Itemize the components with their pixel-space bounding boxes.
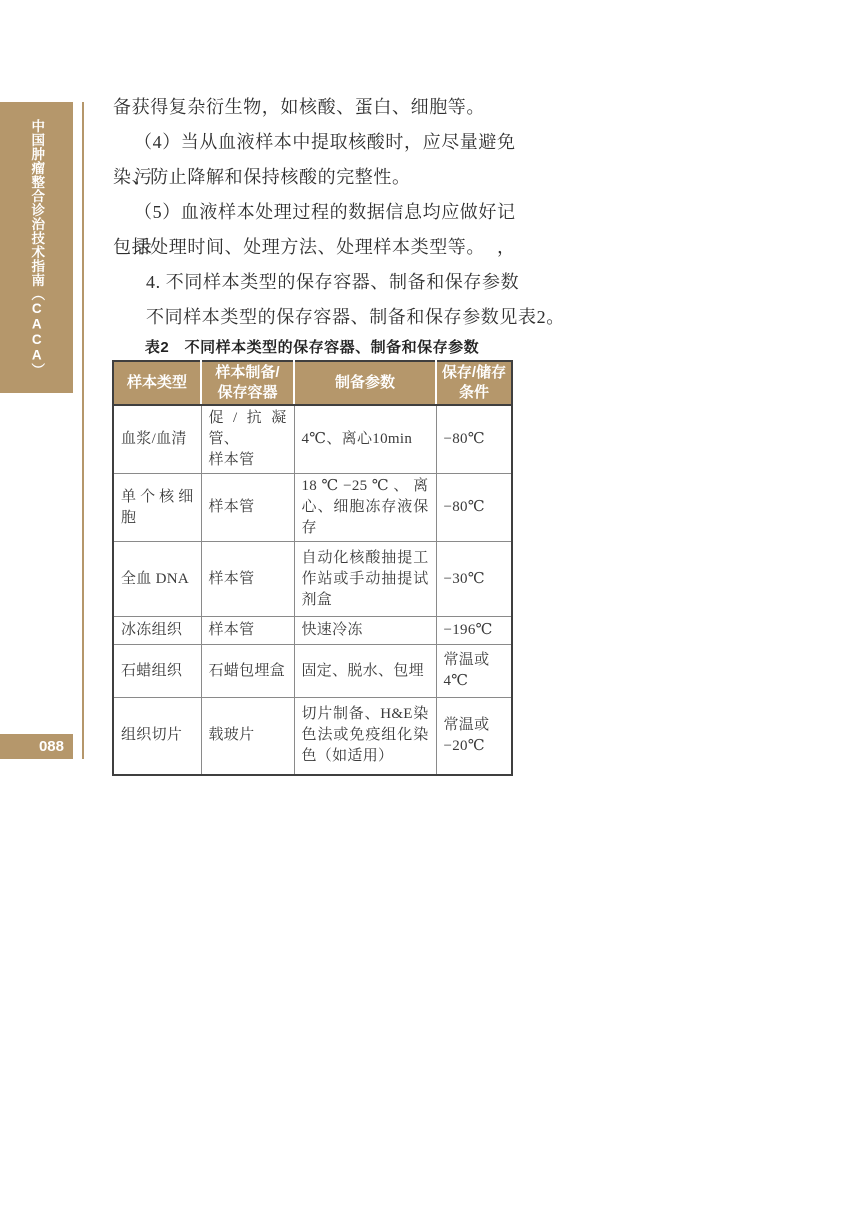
body-line: （4）当从血液样本中提取核酸时，应尽量避免污	[113, 125, 515, 160]
table-cell: 快速冷冻	[294, 617, 436, 645]
table-cell: 固定、脱水、包埋	[294, 645, 436, 698]
body-text: 备获得复杂衍生物，如核酸、蛋白、细胞等。 （4）当从血液样本中提取核酸时，应尽量…	[113, 90, 515, 335]
body-line: （5）血液样本处理过程的数据信息均应做好记录，	[113, 195, 515, 230]
table-cell: −196℃	[436, 617, 512, 645]
table-cell: 血浆/血清	[113, 405, 201, 474]
table-cell: 18℃−25℃、离心、细胞冻存液保存	[294, 474, 436, 542]
table-cell: 单个核细胞	[113, 474, 201, 542]
table-caption: 表2 不同样本类型的保存容器、制备和保存参数	[113, 336, 511, 357]
sidebar-band: 中国肿瘤整合诊治技术指南（CACA）	[0, 102, 73, 393]
header-cell: 样本类型	[113, 361, 201, 405]
book-title-vertical: 中国肿瘤整合诊治技术指南（CACA）	[30, 119, 44, 377]
document-page: 中国肿瘤整合诊治技术指南（CACA） 088 备获得复杂衍生物，如核酸、蛋白、细…	[0, 0, 867, 1218]
table-cell: 促/抗凝管、 样本管	[201, 405, 294, 474]
table-cell: 样本管	[201, 542, 294, 617]
body-line: 包括处理时间、处理方法、处理样本类型等。	[113, 230, 515, 265]
table-row: 全血 DNA 样本管 自动化核酸抽提工作站或手动抽提试剂盒 −30℃	[113, 542, 512, 617]
table-cell: 常温或 4℃	[436, 645, 512, 698]
table-row: 血浆/血清 促/抗凝管、 样本管 4℃、离心10min −80℃	[113, 405, 512, 474]
table-cell: 样本管	[201, 617, 294, 645]
table-cell: 组织切片	[113, 698, 201, 775]
table-row: 冰冻组织 样本管 快速冷冻 −196℃	[113, 617, 512, 645]
body-line: 染、防止降解和保持核酸的完整性。	[113, 160, 515, 195]
table-cell: 自动化核酸抽提工作站或手动抽提试剂盒	[294, 542, 436, 617]
table-row: 单个核细胞 样本管 18℃−25℃、离心、细胞冻存液保存 −80℃	[113, 474, 512, 542]
table-row: 组织切片 载玻片 切片制备、H&E染色法或免疫组化染色（如适用） 常温或 −20…	[113, 698, 512, 775]
body-line: 备获得复杂衍生物，如核酸、蛋白、细胞等。	[113, 90, 515, 125]
table-row: 石蜡组织 石蜡包埋盒 固定、脱水、包埋 常温或 4℃	[113, 645, 512, 698]
header-cell: 样本制备/ 保存容器	[201, 361, 294, 405]
table-cell: 常温或 −20℃	[436, 698, 512, 775]
header-cell: 制备参数	[294, 361, 436, 405]
header-cell: 保存/储存 条件	[436, 361, 512, 405]
vertical-rule	[82, 102, 84, 759]
page-number-badge: 088	[0, 734, 73, 759]
sample-storage-table: 样本类型 样本制备/ 保存容器 制备参数 保存/储存 条件 血浆/血清 促/抗凝…	[112, 360, 513, 776]
table-cell: 4℃、离心10min	[294, 405, 436, 474]
table-cell: 载玻片	[201, 698, 294, 775]
table-cell: −80℃	[436, 474, 512, 542]
table-cell: −30℃	[436, 542, 512, 617]
table-cell: 石蜡包埋盒	[201, 645, 294, 698]
table-cell: 石蜡组织	[113, 645, 201, 698]
table-cell: 样本管	[201, 474, 294, 542]
table-cell: −80℃	[436, 405, 512, 474]
table-cell: 全血 DNA	[113, 542, 201, 617]
body-line: 4. 不同样本类型的保存容器、制备和保存参数	[113, 265, 515, 300]
table-cell: 冰冻组织	[113, 617, 201, 645]
body-line: 不同样本类型的保存容器、制备和保存参数见表2。	[113, 300, 515, 335]
table-header-row: 样本类型 样本制备/ 保存容器 制备参数 保存/储存 条件	[113, 361, 512, 405]
table-cell: 切片制备、H&E染色法或免疫组化染色（如适用）	[294, 698, 436, 775]
